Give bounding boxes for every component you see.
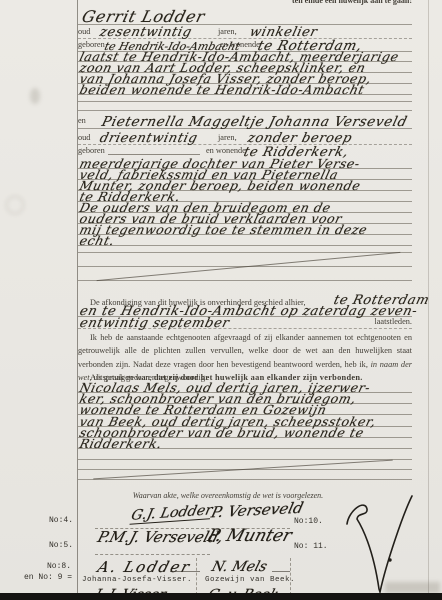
announcement-line-3: entwintig september laatstleden. [78,316,412,329]
ruled-line [78,110,412,111]
bride-occupation: zonder beroep [246,131,354,146]
groom-age: zesentwintig [98,25,193,40]
signature-column-divider [290,558,291,595]
signature-bride: P.M.J. Verseveld, [98,528,223,547]
ruled-line [78,280,412,281]
margin-number-5: No:5. [49,541,73,550]
signature-groom-father: A. Lodder [98,558,191,577]
ruled-line [78,252,412,253]
margin-number-8: No:8. [47,562,71,571]
signature-dash [272,571,290,572]
oud-label: oud [78,133,90,143]
announcement-line-1: De afkondiging van dit huwelijk is onver… [78,292,412,304]
groom-line-4: beiden wonende te Hendrik-Ido-Ambacht [78,82,366,97]
typed-name-van-beek: Gozewijn van Beek. [205,576,295,584]
bride-name-line: en Pieternella Maggeltje Johanna Verseve… [78,112,412,129]
typed-name-visser: Johanna-Josefa-Visser. [82,576,192,584]
scan-smudge [30,88,40,104]
groom-name: Gerrit Lodder [80,7,207,26]
wonende-label: en wonende [206,146,246,156]
laatstleden-label: laatstleden. [374,317,412,327]
handwriting-line: beiden wonende te Hendrik-Ido-Ambacht [78,83,412,95]
bride-age-line: oud drieentwintig jaren, zonder beroep [78,131,412,145]
jaren-label: jaren, [218,27,237,37]
en-label: en [78,116,86,126]
scan-smudge [6,196,24,214]
geboren-label: geboren [78,146,105,156]
signature-witness-mels: N. Mels [212,558,267,576]
consent-line-4: echt. [78,233,116,248]
blank-field [108,154,200,155]
margin-number-4: No:4. [49,516,73,525]
bride-name: Pieternella Maggeltje Johanna Verseveld [100,114,409,130]
handwriting-line: Ridderkerk. [78,437,412,449]
scan-edge-bar [0,593,442,600]
handwriting-line: echt. [78,234,412,246]
groom-age-line: oud zesentwintig jaren, winkelier [78,25,412,39]
groom-name-line: Gerrit Lodder [78,6,412,25]
margin-number-11: No: 11. [294,542,328,551]
signature-bride-father: P. Verseveld [212,501,302,520]
announcement-handwritten-3: entwintig september [78,316,231,331]
signature-bride-mother: P. Munter [208,526,291,546]
jaren-label: jaren, [218,133,237,143]
closing-clause: Waarvan akte, welke overeenkomstig de we… [93,491,363,501]
signature-column-divider [196,558,197,595]
document-scan: ten einde een huwelijk aan te gaan: Gerr… [0,0,442,600]
paraph-flourish [335,486,423,596]
witness-line-6: Ridderkerk. [78,436,164,451]
ruled-line [78,459,412,460]
signature-groom: G.J. Lodder [132,504,211,522]
ruled-line [78,101,412,102]
vows-text: Ik heb de aanstaande echtgenooten afgevr… [78,333,412,369]
margin-number-9: en No: 9 = [24,573,72,582]
ruled-line [78,479,412,480]
signature-baseline [95,554,210,555]
oud-label: oud [78,27,90,37]
bride-age: drieentwintig [98,131,199,146]
